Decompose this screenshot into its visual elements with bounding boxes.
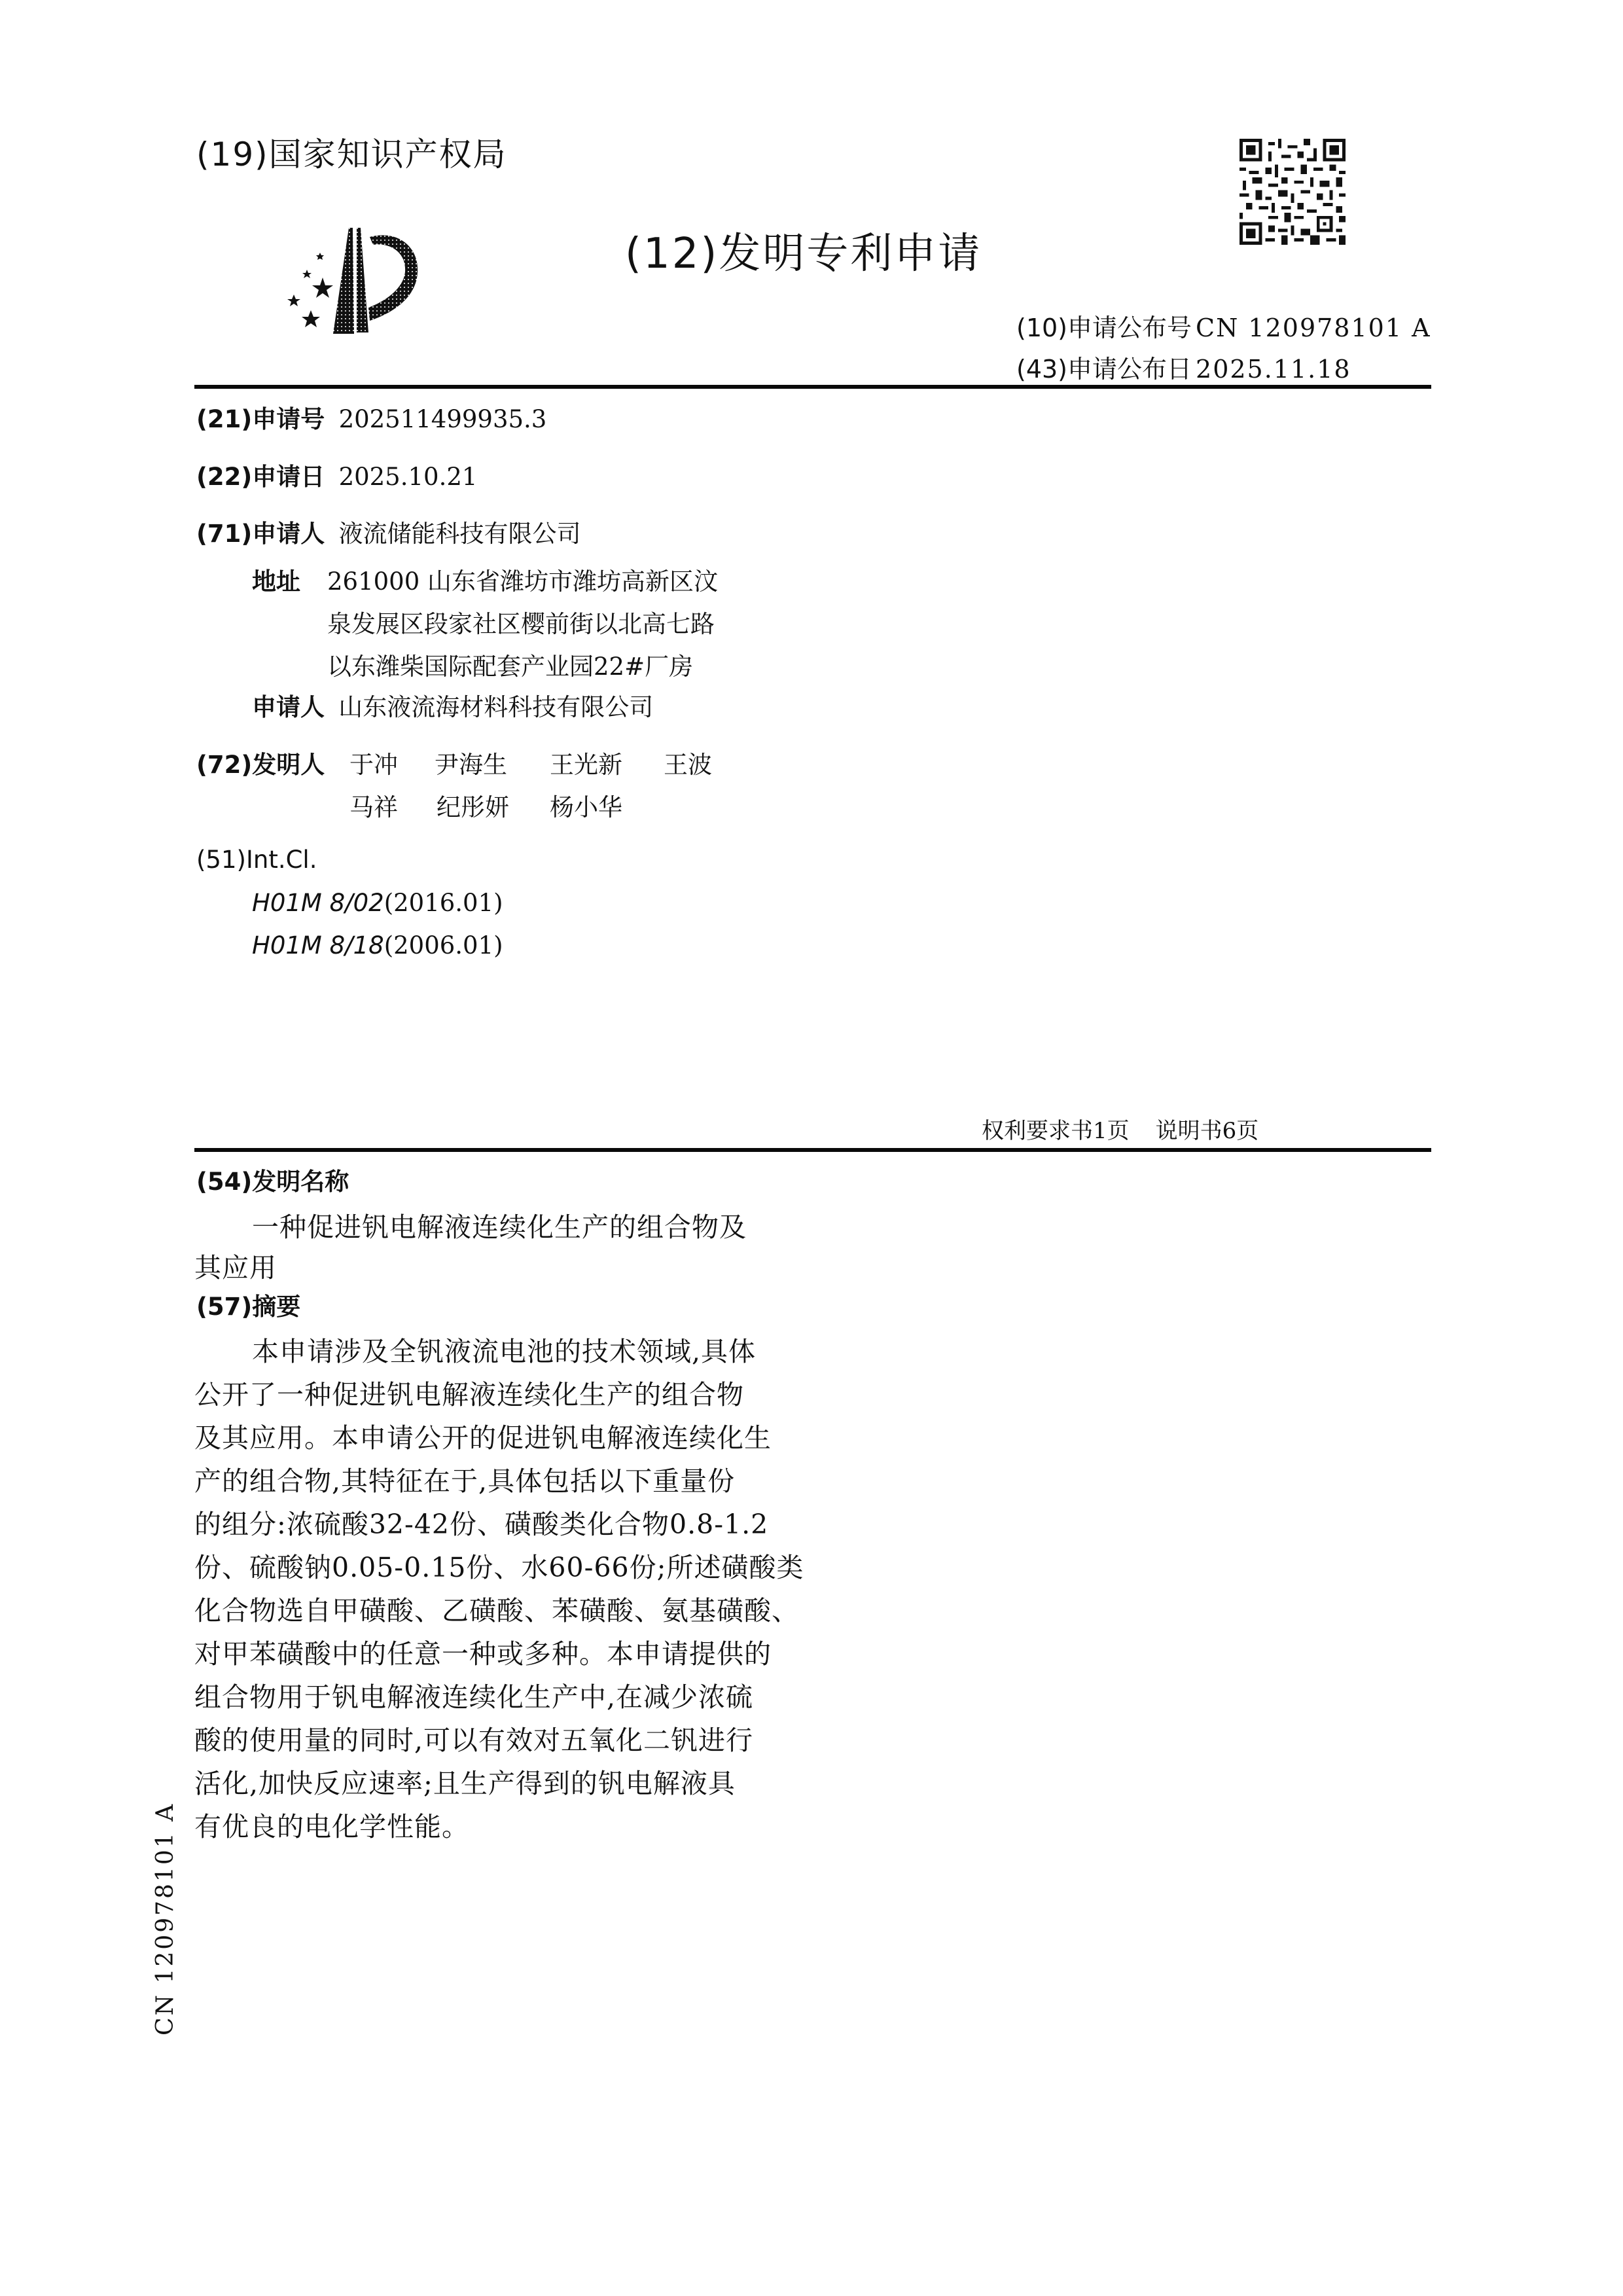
int-cl: (51)Int.Cl.: [196, 846, 317, 874]
document-type-title: (12)发明专利申请: [625, 220, 982, 280]
claims-page-count: 权利要求书1页: [982, 1118, 1130, 1144]
inventor-name: 王光新: [550, 745, 622, 780]
abstract-line: 及其应用。本申请公开的促进钒电解液连续化生: [194, 1416, 772, 1455]
applicant-secondary: 申请人 山东液流海材料科技有限公司: [252, 687, 653, 723]
application-date: (22)申请日 2025.10.21: [196, 457, 477, 492]
applicant-secondary-value: 山东液流海材料科技有限公司: [338, 693, 653, 721]
publication-date: (43)申请公布日2025.11.18: [1016, 349, 1351, 385]
invention-title-line: 其应用: [194, 1246, 277, 1285]
applicant-secondary-label: 申请人: [252, 693, 325, 721]
ipc-code: H01M 8/02: [252, 889, 384, 917]
invention-title-label: (54)发明名称: [196, 1168, 349, 1196]
abstract-line: 本申请涉及全钒液流电池的技术领域,具体: [252, 1330, 756, 1369]
abstract-heading: (57)摘要: [196, 1287, 300, 1322]
address-line-3: 以东潍柴国际配套产业园22#厂房: [327, 647, 693, 682]
inventor-name: 王波: [664, 745, 712, 780]
abstract-line: 酸的使用量的同时,可以有效对五氧化二钒进行: [194, 1719, 753, 1757]
header-divider: [194, 385, 1431, 389]
inventor-name: 马祥: [349, 787, 398, 823]
address-label-row: 地址: [252, 562, 300, 597]
issuing-office: (19)国家知识产权局: [196, 128, 507, 175]
inventors-label: (72)发明人: [196, 751, 325, 779]
side-publication-number-text: CN 120978101 A: [152, 1803, 179, 2036]
int-cl-label: (51)Int.Cl.: [196, 846, 317, 874]
application-date-label: (22)申请日: [196, 463, 325, 491]
applicant-primary: (71)申请人 液流储能科技有限公司: [196, 514, 581, 549]
ipc-code-row: H01M 8/02(2016.01): [252, 889, 503, 917]
description-page-count: 说明书6页: [1156, 1118, 1259, 1144]
abstract-line: 公开了一种促进钒电解液连续化生产的组合物: [194, 1373, 744, 1412]
address-line-1: 261000 山东省潍坊市潍坊高新区汶: [327, 562, 718, 597]
abstract-line: 组合物用于钒电解液连续化生产中,在减少浓硫: [194, 1676, 753, 1714]
abstract-line: 份、硫酸钠0.05-0.15份、水60-66份;所述磺酸类: [194, 1546, 804, 1585]
publication-number-label: (10)申请公布号: [1016, 314, 1192, 342]
abstract-line: 活化,加快反应速率;且生产得到的钒电解液具: [194, 1762, 736, 1801]
inventor-name: 纪彤妍: [437, 787, 509, 823]
abstract-line: 化合物选自甲磺酸、乙磺酸、苯磺酸、氨基磺酸、: [194, 1589, 799, 1628]
publication-date-label: (43)申请公布日: [1016, 355, 1192, 384]
ipc-code: H01M 8/18: [252, 931, 384, 960]
application-number: (21)申请号 202511499935.3: [196, 399, 546, 435]
inventor-name: 于冲: [349, 745, 398, 780]
publication-number: (10)申请公布号CN 120978101 A: [1016, 308, 1431, 344]
publication-date-value: 2025.11.18: [1196, 355, 1351, 384]
application-date-value: 2025.10.21: [339, 463, 478, 491]
address-line-2: 泉发展区段家社区樱前街以北高七路: [327, 604, 715, 639]
inventor-name: 尹海生: [435, 745, 507, 780]
abstract-line: 对甲苯磺酸中的任意一种或多种。本申请提供的: [194, 1632, 772, 1671]
applicant-primary-label: (71)申请人: [196, 520, 325, 548]
side-publication-number: CN 120978101 A: [152, 1826, 191, 2036]
application-number-label: (21)申请号: [196, 405, 325, 433]
abstract-line: 产的组合物,其特征在于,具体包括以下重量份: [194, 1460, 735, 1498]
ipc-code-row: H01M 8/18(2006.01): [252, 931, 503, 960]
invention-title-line: 一种促进钒电解液连续化生产的组合物及: [252, 1206, 747, 1244]
invention-title-heading: (54)发明名称: [196, 1162, 349, 1197]
inventors: (72)发明人: [196, 745, 325, 780]
ipc-code-date: (2016.01): [384, 889, 503, 917]
inventor-name: 杨小华: [550, 787, 622, 823]
page-counts: 权利要求书1页说明书6页: [982, 1113, 1258, 1145]
section-divider: [194, 1148, 1431, 1152]
abstract-label: (57)摘要: [196, 1293, 300, 1321]
publication-number-value[interactable]: CN 120978101 A: [1196, 314, 1431, 342]
address-label: 地址: [252, 567, 300, 596]
application-number-value[interactable]: 202511499935.3: [339, 405, 547, 433]
abstract-line: 的组分:浓硫酸32-42份、磺酸类化合物0.8-1.2: [194, 1503, 768, 1541]
cnipa-logo-icon: [265, 223, 422, 340]
abstract-line: 有优良的电化学性能。: [194, 1805, 469, 1844]
applicant-primary-value: 液流储能科技有限公司: [339, 520, 581, 548]
ipc-code-date: (2006.01): [384, 931, 503, 960]
qr-code-icon[interactable]: [1239, 139, 1346, 245]
